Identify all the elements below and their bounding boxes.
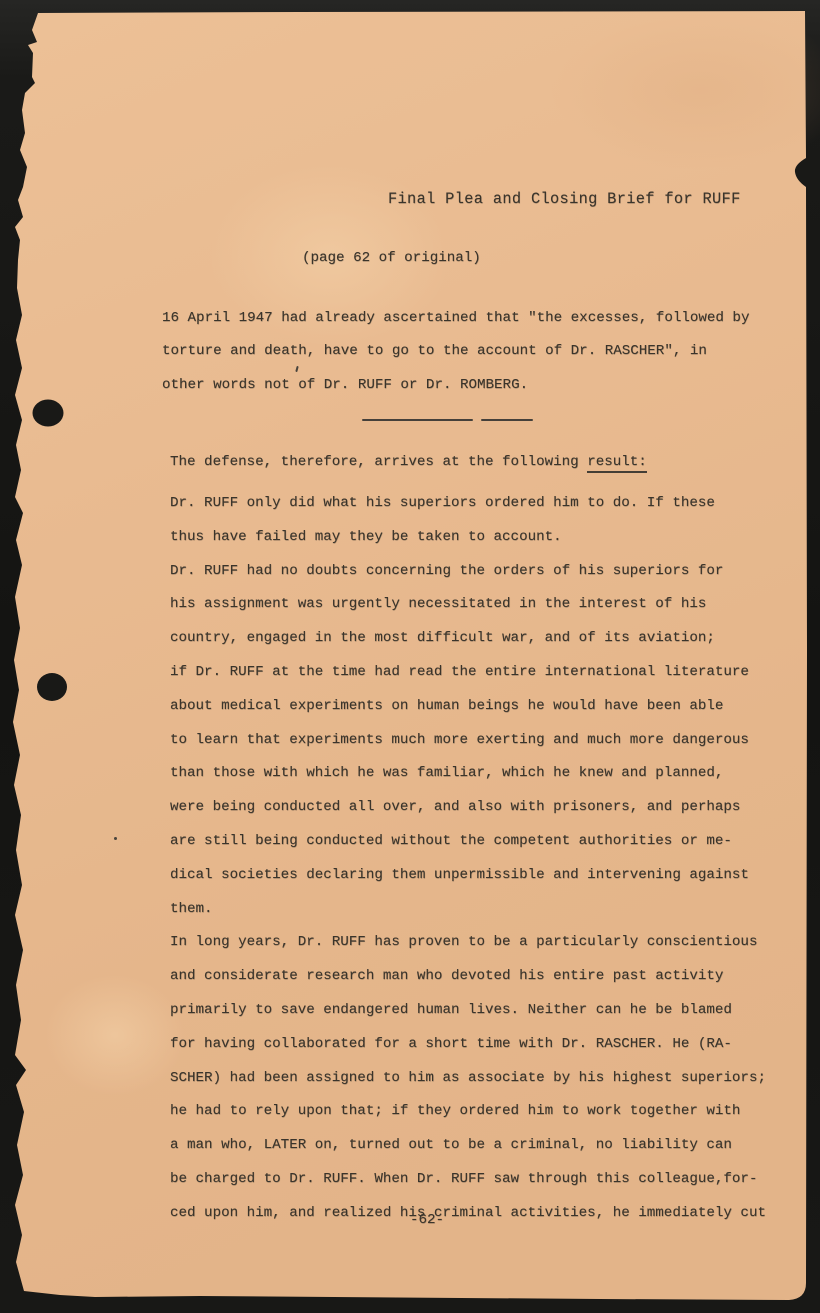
divider-line-left bbox=[362, 419, 473, 421]
paragraph-result-first-line: The defense, therefore, arrives at the f… bbox=[170, 454, 647, 470]
ink-speck bbox=[114, 837, 117, 840]
punch-hole-bottom bbox=[37, 673, 67, 701]
result-line-prefix: The defense, therefore, arrives at the f… bbox=[170, 454, 587, 470]
page-number: -62- bbox=[410, 1212, 444, 1228]
result-word-underlined: result: bbox=[587, 454, 647, 473]
paper-stain-light2 bbox=[45, 975, 185, 1095]
page-reference: (page 62 of original) bbox=[302, 250, 481, 266]
divider-line-right bbox=[481, 419, 533, 421]
document-header: Final Plea and Closing Brief for RUFF bbox=[388, 190, 741, 208]
scanned-document-page: Final Plea and Closing Brief for RUFF (p… bbox=[0, 0, 820, 1313]
paragraph-intro: 16 April 1947 had already ascertained th… bbox=[162, 302, 802, 402]
paragraph-defense-body: Dr. RUFF only did what his superiors ord… bbox=[170, 487, 810, 1231]
punch-hole-top bbox=[33, 400, 64, 427]
